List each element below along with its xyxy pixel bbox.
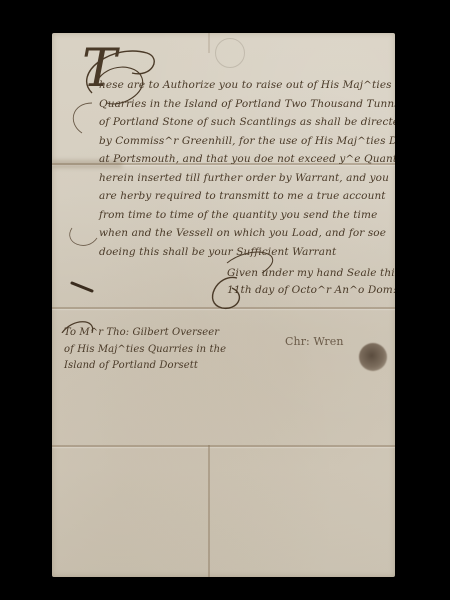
signature: Chr: Wren [285,336,344,347]
body-line: hese are to Authorize you to raise out o… [99,80,395,99]
body-line: Quarries in the Island of Portland Two T… [99,99,395,118]
body-line: doeing this shall be your Sufficient War… [99,247,395,266]
warrant-document: T hese are to Authorize you to raise out… [52,33,395,577]
dating-line: Given under my hand Seale this [227,268,395,285]
addressee-block: To M^r Tho: Gilbert Overseer of His Maj^… [64,328,226,378]
addressee-line: Island of Portland Dorsett [64,361,226,378]
body-line: at Portsmouth, and that you doe not exce… [99,154,395,173]
body-line: are herby required to transmitt to me a … [99,191,395,210]
fold-line [52,445,395,447]
body-line: from time to time of the quantity you se… [99,210,395,229]
wax-seal [359,343,387,371]
addressee-line: To M^r Tho: Gilbert Overseer [64,328,226,345]
addressee-line: of His Maj^ties Quarries in the [64,345,226,362]
body-line: of Portland Stone of such Scantlings as … [99,117,395,136]
fold-line [208,445,210,577]
warrant-body: hese are to Authorize you to raise out o… [99,80,395,265]
dating-clause: Given under my hand Seale this 11th day … [227,268,395,302]
body-line: by Commiss^r Greenhill, for the use of H… [99,136,395,155]
dating-line: 11th day of Octo^r An^o Dom: 1700. [227,285,395,302]
body-line: herein inserted till further order by Wa… [99,173,395,192]
body-line: when and the Vessell on which you Load, … [99,228,395,247]
